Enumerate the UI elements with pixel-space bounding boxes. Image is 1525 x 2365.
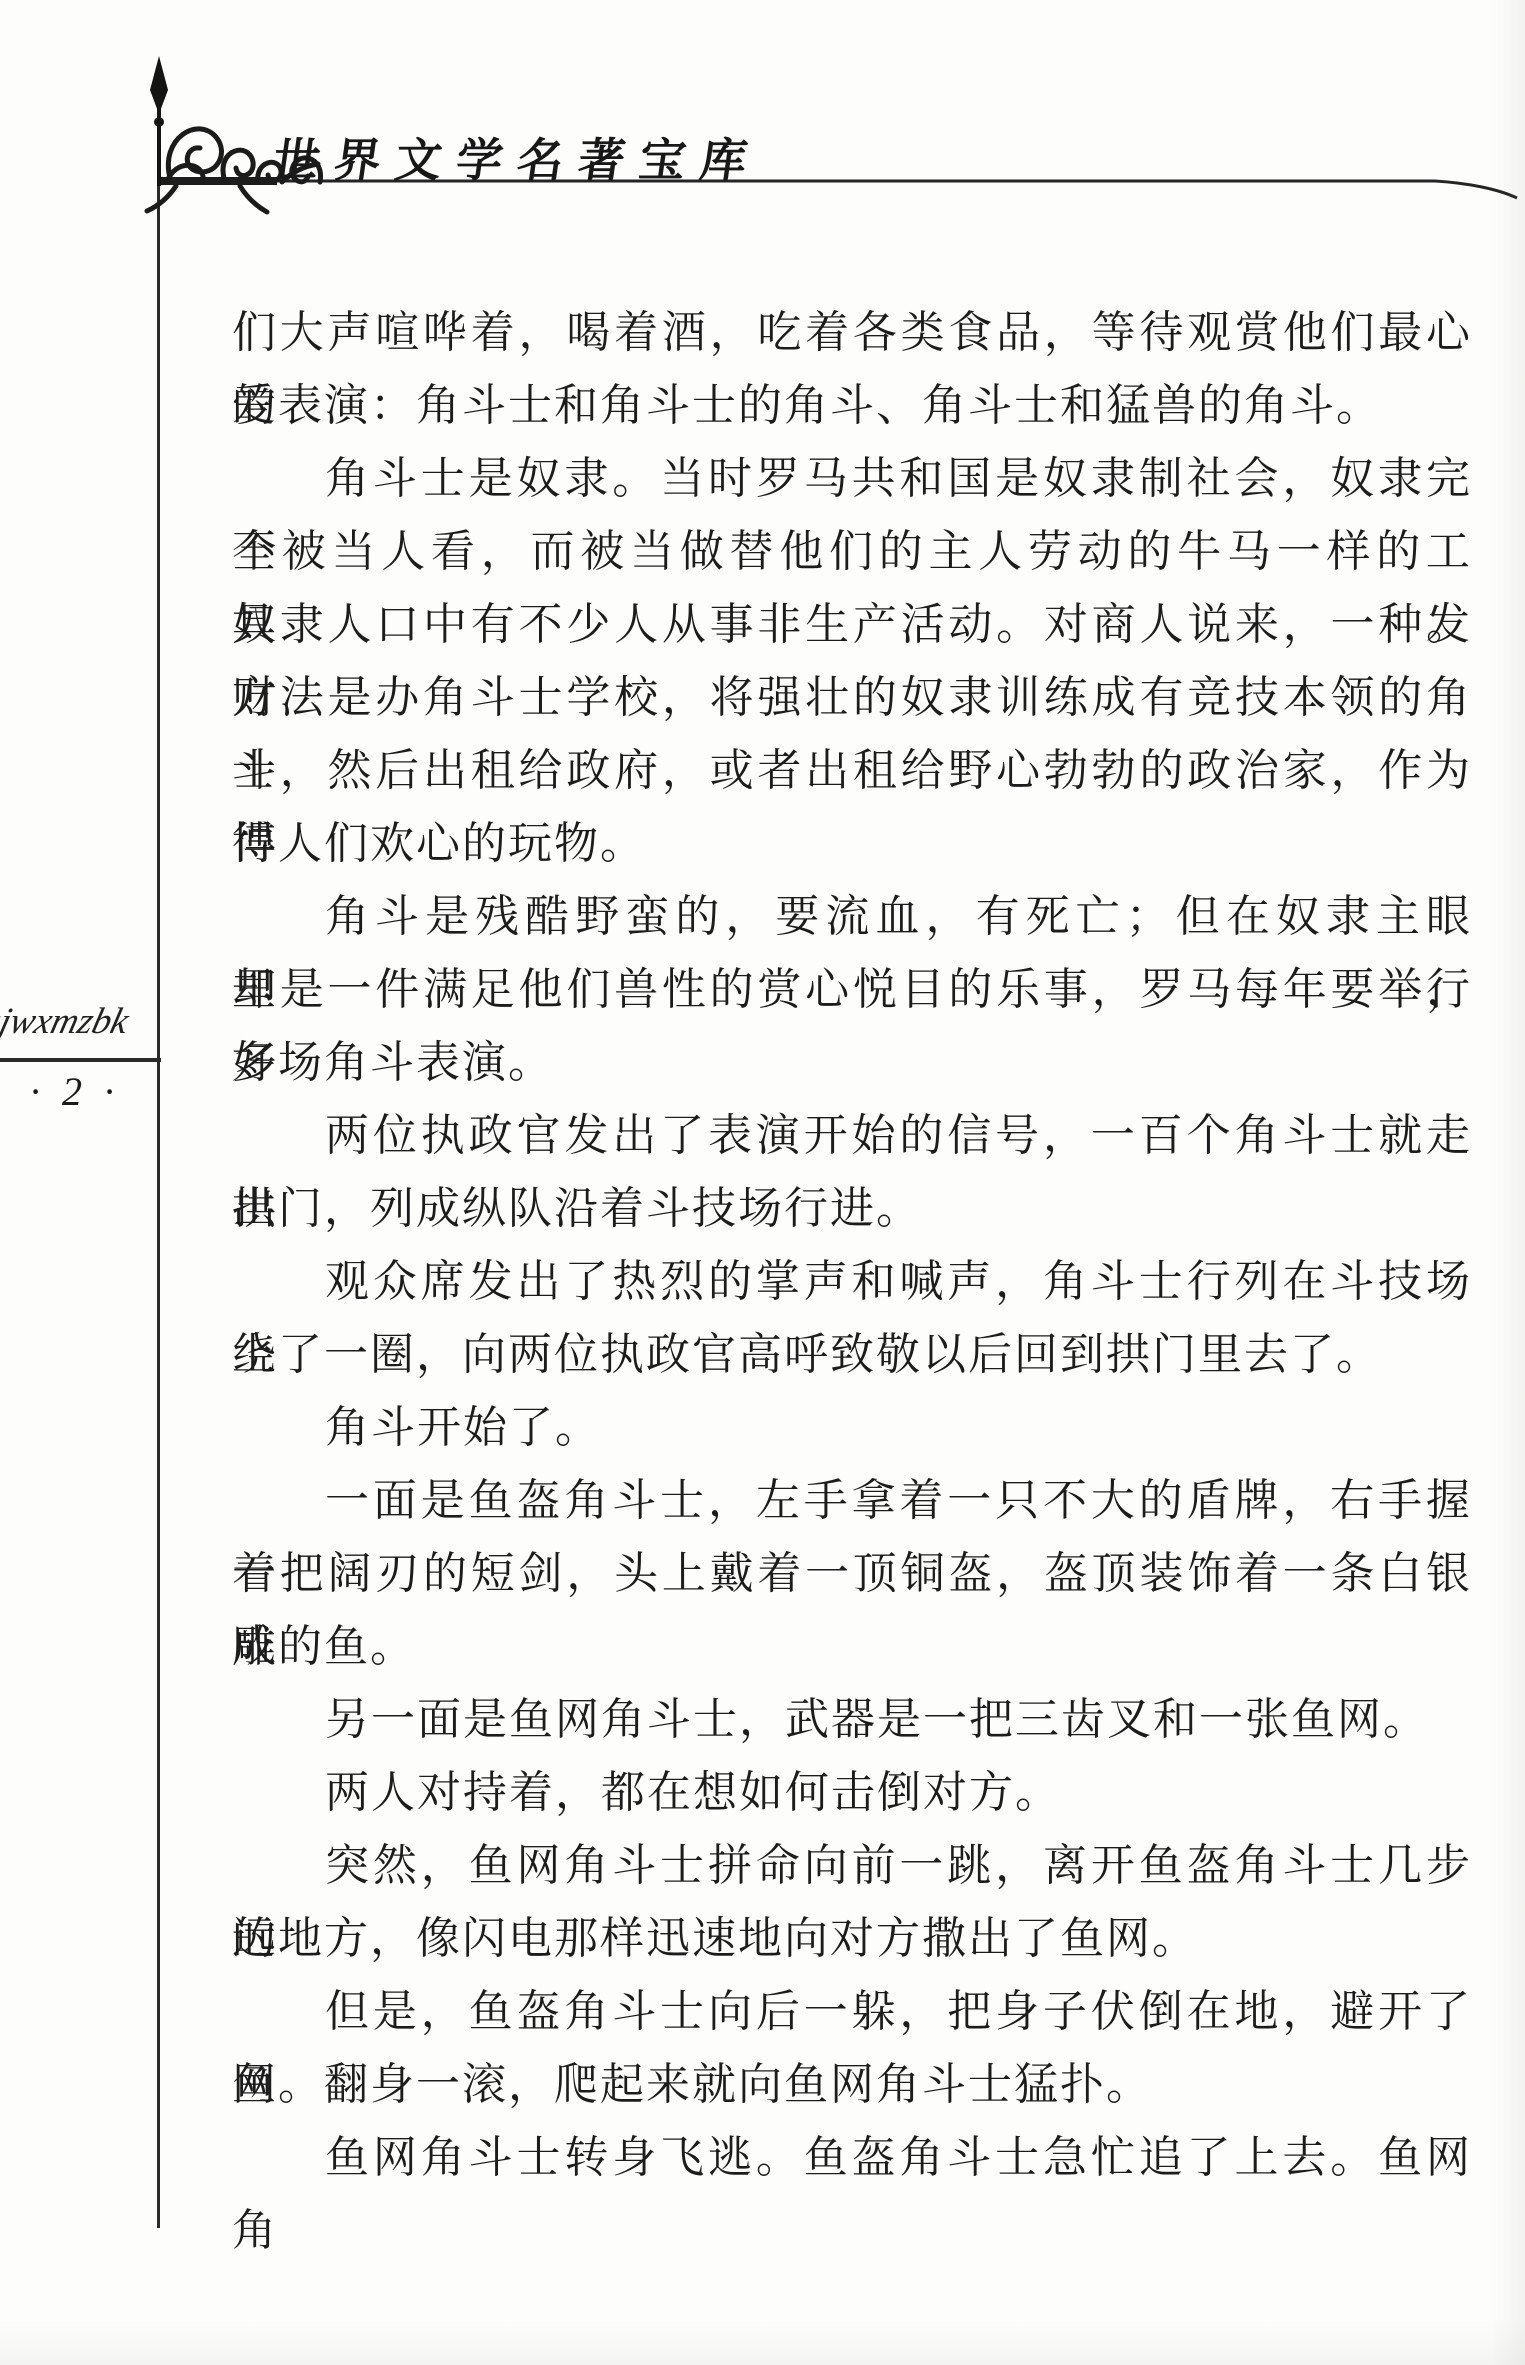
text-line: 的地方，像闪电那样迅速地向对方撒出了鱼网。 <box>232 1902 1472 1975</box>
margin-rule <box>0 1058 161 1062</box>
text-line: 们大声喧哗着，喝着酒，吃着各类食品，等待观赏他们最心爱 <box>232 296 1472 369</box>
text-line: 绕了一圈，向两位执政官高呼致敬以后回到拱门里去了。 <box>232 1318 1472 1391</box>
left-border-rule <box>157 112 160 2228</box>
scan-edge-shade-bottom <box>0 2319 1525 2365</box>
text-line: 却是一件满足他们兽性的赏心悦目的乐事，罗马每年要举行好 <box>232 953 1472 1026</box>
text-line: 的表演：角斗士和角斗士的角斗、角斗士和猛兽的角斗。 <box>232 369 1472 442</box>
text-line: 但是，鱼盔角斗士向后一躲，把身子伏倒在地，避开了鱼 <box>232 1975 1472 2048</box>
text-line: 拱门，列成纵队沿着斗技场行进。 <box>232 1172 1472 1245</box>
body-text: 们大声喧哗着，喝着酒，吃着各类食品，等待观赏他们最心爱的表演：角斗士和角斗士的角… <box>232 296 1472 2194</box>
scan-edge-shade-right <box>1491 0 1525 2365</box>
page-number: · 2 · <box>0 1068 150 1115</box>
text-line: 突然，鱼网角斗士拼命向前一跳，离开鱼盔角斗士几步远 <box>232 1829 1472 1902</box>
text-line: 奴隶人口中有不少人从事非生产活动。对商人说来，一种发财 <box>232 588 1472 661</box>
text-line: 网。翻身一滚，爬起来就向鱼网角斗士猛扑。 <box>232 2048 1472 2121</box>
text-line: 多场角斗表演。 <box>232 1026 1472 1099</box>
text-line: 一把阔刃的短剑，头上戴着一顶铜盔，盔顶装饰着一条白银雕 <box>232 1537 1472 1610</box>
text-line: 士，然后出租给政府，或者出租给野心勃勃的政治家，作为博 <box>232 734 1472 807</box>
text-line: 方法是办角斗士学校，将强壮的奴隶训练成有竞技本领的角斗 <box>232 661 1472 734</box>
margin-series-code: sjwxmzbk <box>0 1000 169 1043</box>
text-line: 另一面是鱼网角斗士，武器是一把三齿叉和一张鱼网。 <box>232 1683 1472 1756</box>
text-line: 观众席发出了热烈的掌声和喊声，角斗士行列在斗技场上 <box>232 1245 1472 1318</box>
text-line: 得人们欢心的玩物。 <box>232 807 1472 880</box>
text-line: 成的鱼。 <box>232 1610 1472 1683</box>
text-line: 两位执政官发出了表演开始的信号，一百个角斗士就走出 <box>232 1099 1472 1172</box>
text-line: 不被当人看，而被当做替他们的主人劳动的牛马一样的工具。 <box>232 515 1472 588</box>
text-line: 角斗士是奴隶。当时罗马共和国是奴隶制社会，奴隶完全 <box>232 442 1472 515</box>
text-line: 两人对持着，都在想如何击倒对方。 <box>232 1756 1472 1829</box>
text-line: 角斗是残酷野蛮的，要流血，有死亡；但在奴隶主眼里， <box>232 880 1472 953</box>
text-line: 鱼网角斗士转身飞逃。鱼盔角斗士急忙追了上去。鱼网角 <box>232 2121 1472 2194</box>
text-line: 角斗开始了。 <box>232 1391 1472 1464</box>
book-series-title: 世界文学名著宝库 <box>269 124 766 190</box>
text-line: 一面是鱼盔角斗士，左手拿着一只不大的盾牌，右手握着 <box>232 1464 1472 1537</box>
